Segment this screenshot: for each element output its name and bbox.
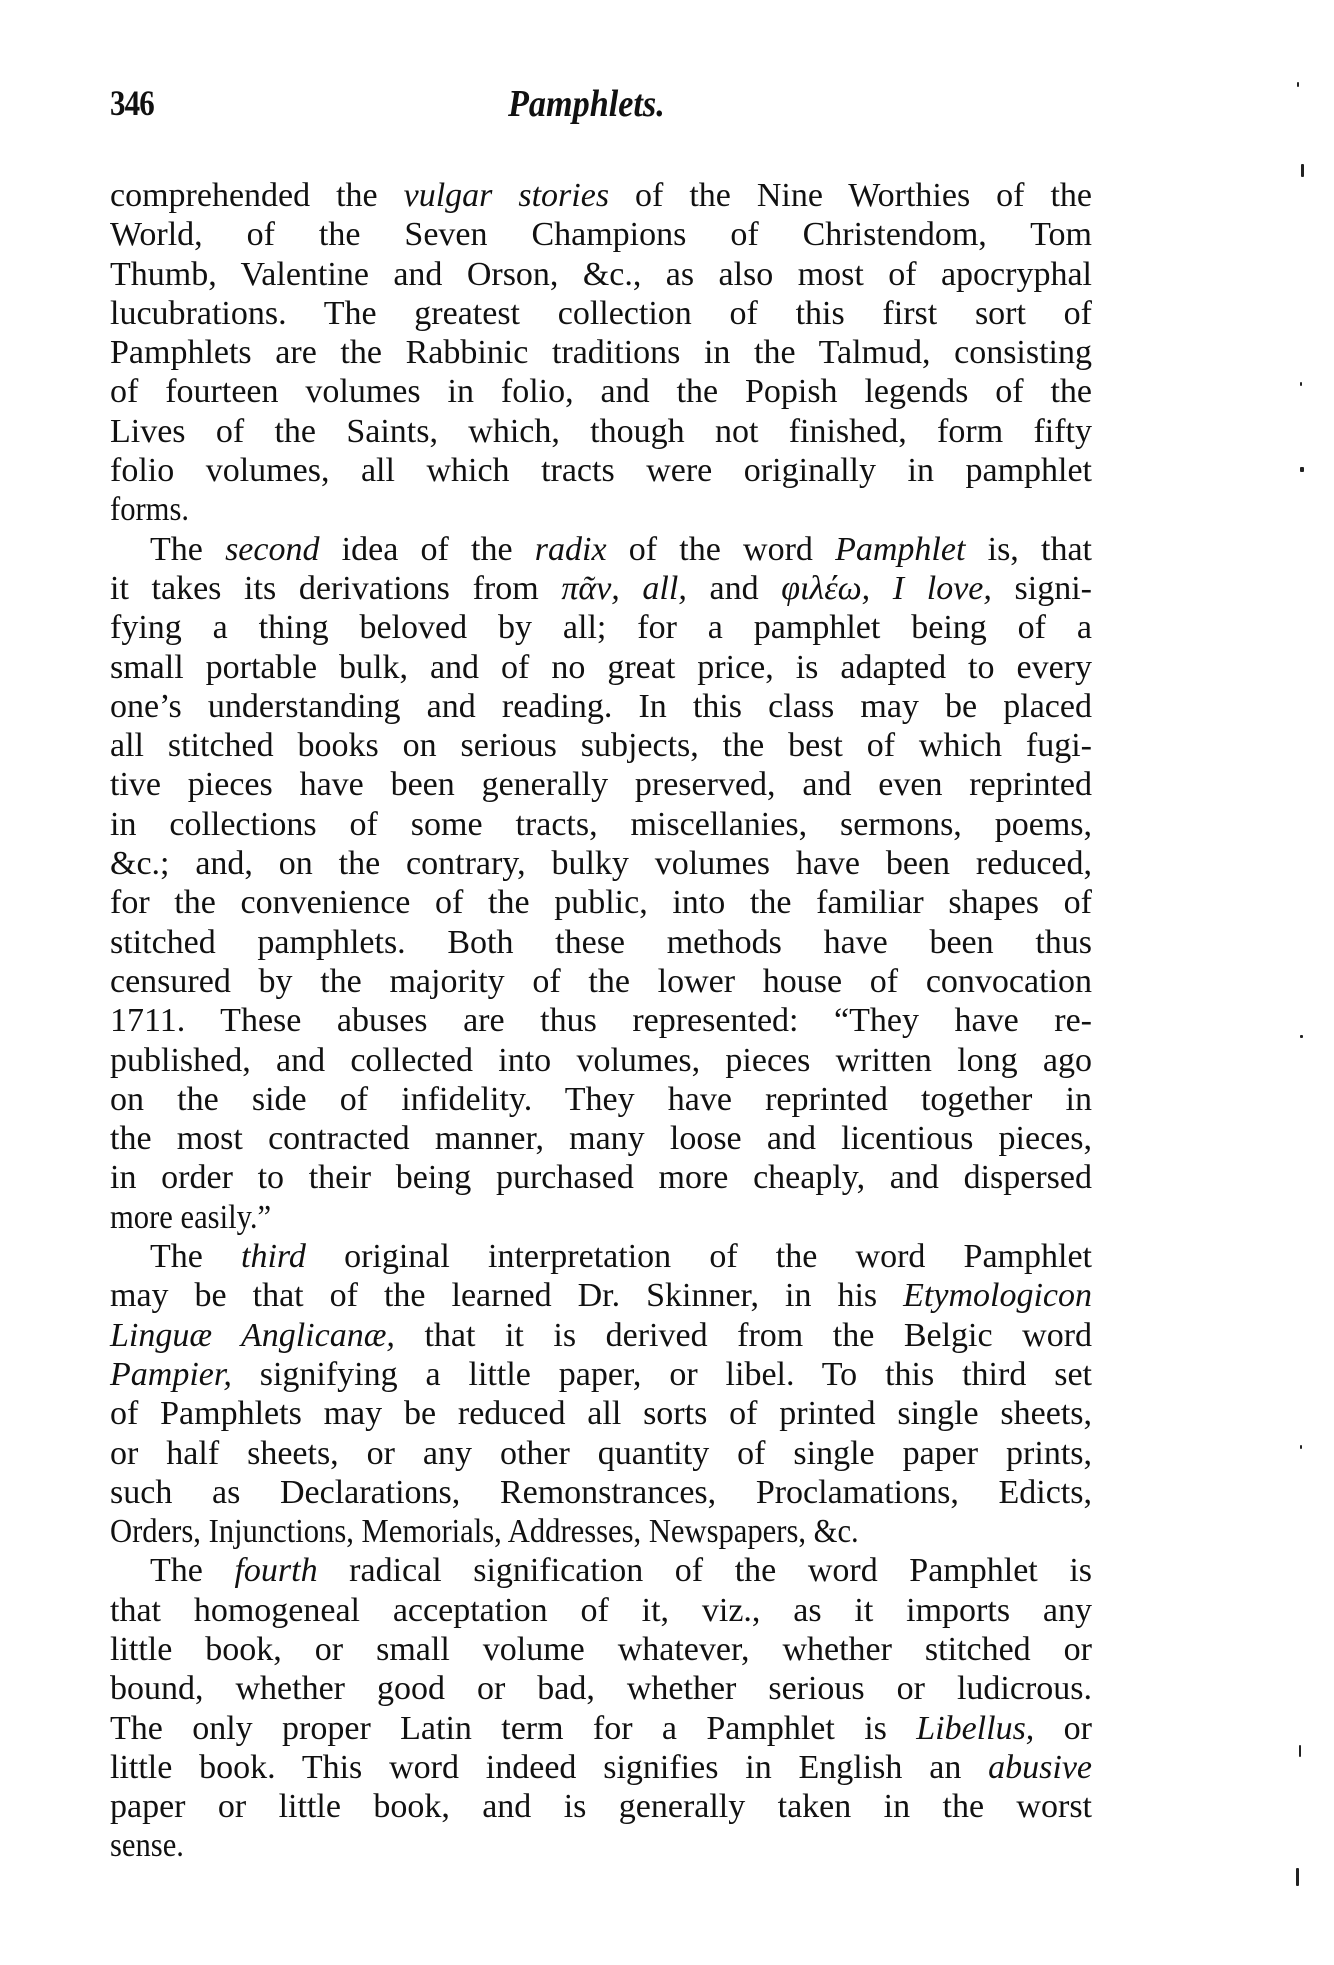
text-line: bound, whether good or bad, whether seri… [110,1669,1092,1708]
italic-phrase: πᾶν, all, [561,570,687,607]
text-run: of the Nine Worthies of the [609,177,1092,214]
text-line: censured by the majority of the lower ho… [110,962,1092,1001]
text-line: little book, or small volume whatever, w… [110,1630,1092,1669]
text-run: in collections of some tracts, miscellan… [110,806,1092,843]
text-run: fying a thing beloved by all; for a pamp… [110,609,1092,646]
text-run: and [687,570,781,607]
italic-phrase: third [241,1238,306,1275]
text-line: Pampier, signifying a little paper, or l… [110,1355,1092,1394]
line-text: paper or little book, and is generally t… [110,1787,1092,1826]
text-run: The only proper Latin term for a Pamphle… [110,1710,916,1747]
speck [1300,467,1304,472]
text-run: may be that of the learned Dr. Skinner, … [110,1277,903,1314]
line-text: fying a thing beloved by all; for a pamp… [110,608,1092,647]
italic-phrase: Etymologicon [903,1277,1092,1314]
text-run: idea of the [319,531,534,568]
italic-phrase: Pamphlet [835,531,965,568]
text-line: Orders, Injunctions, Memorials, Addresse… [110,1512,1092,1551]
line-text: for the convenience of the public, into … [110,883,1092,922]
italic-phrase: second [225,531,319,568]
text-run: paper or little book, and is generally t… [110,1788,1092,1825]
text-run: censured by the majority of the lower ho… [110,963,1092,1000]
text-run: signi- [992,570,1092,607]
line-text: or half sheets, or any other quantity of… [110,1434,1092,1473]
line-text: all stitched books on serious subjects, … [110,726,1092,765]
text-line: lucubrations. The greatest collection of… [110,294,1092,333]
text-run: The [150,531,225,568]
text-line: paper or little book, and is generally t… [110,1787,1092,1826]
running-head: Pamphlets. [508,82,665,126]
text-line: published, and collected into volumes, p… [110,1041,1092,1080]
line-text: bound, whether good or bad, whether seri… [110,1669,1092,1708]
text-line: of Pamphlets may be reduced all sorts of… [110,1394,1092,1433]
text-line: in order to their being purchased more c… [110,1158,1092,1197]
text-run: The [150,1238,241,1275]
text-run: radical signification of the word Pamphl… [318,1552,1092,1589]
line-text: &c.; and, on the contrary, bulky volumes… [110,844,1092,883]
text-run: Thumb, Valentine and Orson, &c., as also… [110,256,1092,293]
text-run: such as Declarations, Remonstrances, Pro… [110,1474,1092,1511]
line-text: The fourth radical signification of the … [110,1551,1092,1590]
line-text: folio volumes, all which tracts were ori… [110,451,1092,490]
text-line: in collections of some tracts, miscellan… [110,805,1092,844]
text-line: &c.; and, on the contrary, bulky volumes… [110,844,1092,883]
text-run: the most contracted manner, many loose a… [110,1120,1092,1157]
text-run: The [150,1552,234,1589]
text-run: for the convenience of the public, into … [110,884,1092,921]
speck [1300,1035,1303,1038]
text-line: Lives of the Saints, which, though not f… [110,412,1092,451]
text-line: that homogeneal acceptation of it, viz.,… [110,1591,1092,1630]
text-line: stitched pamphlets. Both these methods h… [110,923,1092,962]
speck [1301,164,1304,177]
text-run: tive pieces have been generally preserve… [110,766,1092,803]
text-line: Pamphlets are the Rabbinic traditions in… [110,333,1092,372]
text-run: original interpretation of the word Pamp… [306,1238,1092,1275]
text-line: one’s understanding and reading. In this… [110,687,1092,726]
text-line: more easily.” [110,1198,1092,1237]
line-text: in collections of some tracts, miscellan… [110,805,1092,844]
line-text: forms. [110,490,994,529]
text-run: lucubrations. The greatest collection of… [110,295,1092,332]
page-number: 346 [110,82,154,124]
text-run: signifying a little paper, or libel. To … [232,1356,1092,1393]
text-run: Pamphlets are the Rabbinic traditions in… [110,334,1092,371]
line-text: 1711. These abuses are thus represented:… [110,1001,1092,1040]
italic-phrase: Pampier, [110,1356,232,1393]
line-text: lucubrations. The greatest collection of… [110,294,1092,333]
text-run: Orders, Injunctions, Memorials, Addresse… [110,1513,859,1550]
line-text: comprehended the vulgar stories of the N… [110,176,1092,215]
line-text: Thumb, Valentine and Orson, &c., as also… [110,255,1092,294]
text-run: or [1034,1710,1092,1747]
text-line: Linguæ Anglicanæ, that it is derived fro… [110,1316,1092,1355]
text-line: or half sheets, or any other quantity of… [110,1434,1092,1473]
text-line: sense. [110,1826,1092,1865]
text-line: Thumb, Valentine and Orson, &c., as also… [110,255,1092,294]
text-line: forms. [110,490,1092,529]
italic-phrase: radix [535,531,607,568]
text-run: one’s understanding and reading. In this… [110,688,1092,725]
text-run: of Pamphlets may be reduced all sorts of… [110,1395,1092,1432]
line-text: World, of the Seven Champions of Christe… [110,215,1092,254]
line-text: more easily.” [110,1198,994,1237]
text-run: little book. This word indeed signifies … [110,1749,988,1786]
italic-phrase: Libellus, [916,1710,1034,1747]
line-text: of fourteen volumes in folio, and the Po… [110,372,1092,411]
text-line: the most contracted manner, many loose a… [110,1119,1092,1158]
speck [1300,382,1302,386]
text-run: of fourteen volumes in folio, and the Po… [110,373,1092,410]
line-text: that homogeneal acceptation of it, viz.,… [110,1591,1092,1630]
text-run: sense. [110,1827,184,1864]
text-line: The only proper Latin term for a Pamphle… [110,1709,1092,1748]
line-text: tive pieces have been generally preserve… [110,765,1092,804]
italic-phrase: φιλέω, I love, [781,570,992,607]
text-run: more easily.” [110,1199,271,1236]
text-line: on the side of infidelity. They have rep… [110,1080,1092,1119]
text-line: The fourth radical signification of the … [110,1551,1092,1590]
text-run: it takes its derivations from [110,570,561,607]
text-run: that homogeneal acceptation of it, viz.,… [110,1592,1092,1629]
text-line: fying a thing beloved by all; for a pamp… [110,608,1092,647]
text-run: Lives of the Saints, which, though not f… [110,413,1092,450]
speck [1300,1445,1302,1449]
italic-phrase: Linguæ Anglicanæ, [110,1317,395,1354]
line-text: little book, or small volume whatever, w… [110,1630,1092,1669]
text-run: is, that [965,531,1092,568]
text-line: 1711. These abuses are thus represented:… [110,1001,1092,1040]
line-text: Pamphlets are the Rabbinic traditions in… [110,333,1092,372]
italic-phrase: vulgar stories [404,177,609,214]
italic-phrase: fourth [234,1552,317,1589]
text-line: comprehended the vulgar stories of the N… [110,176,1092,215]
text-run: folio volumes, all which tracts were ori… [110,452,1092,489]
line-text: Linguæ Anglicanæ, that it is derived fro… [110,1316,1092,1355]
text-run: small portable bulk, and of no great pri… [110,649,1092,686]
text-line: little book. This word indeed signifies … [110,1748,1092,1787]
text-line: tive pieces have been generally preserve… [110,765,1092,804]
text-line: The third original interpretation of the… [110,1237,1092,1276]
text-line: of fourteen volumes in folio, and the Po… [110,372,1092,411]
text-run: on the side of infidelity. They have rep… [110,1081,1092,1118]
line-text: small portable bulk, and of no great pri… [110,648,1092,687]
italic-phrase: abusive [988,1749,1092,1786]
speck [1296,1868,1299,1886]
line-text: The third original interpretation of the… [110,1237,1092,1276]
line-text: it takes its derivations from πᾶν, all, … [110,569,1092,608]
line-text: The second idea of the radix of the word… [110,530,1092,569]
line-text: may be that of the learned Dr. Skinner, … [110,1276,1092,1315]
text-run: &c.; and, on the contrary, bulky volumes… [110,845,1092,882]
line-text: Pampier, signifying a little paper, or l… [110,1355,1092,1394]
text-line: World, of the Seven Champions of Christe… [110,215,1092,254]
text-line: all stitched books on serious subjects, … [110,726,1092,765]
text-line: such as Declarations, Remonstrances, Pro… [110,1473,1092,1512]
text-run: in order to their being purchased more c… [110,1159,1092,1196]
text-run: published, and collected into volumes, p… [110,1042,1092,1079]
line-text: in order to their being purchased more c… [110,1158,1092,1197]
text-run: little book, or small volume whatever, w… [110,1631,1092,1668]
line-text: little book. This word indeed signifies … [110,1748,1092,1787]
text-run: comprehended the [110,177,404,214]
text-line: it takes its derivations from πᾶν, all, … [110,569,1092,608]
line-text: of Pamphlets may be reduced all sorts of… [110,1394,1092,1433]
line-text: the most contracted manner, many loose a… [110,1119,1092,1158]
line-text: such as Declarations, Remonstrances, Pro… [110,1473,1092,1512]
line-text: sense. [110,1826,994,1865]
text-run: or half sheets, or any other quantity of… [110,1435,1092,1472]
text-line: folio volumes, all which tracts were ori… [110,451,1092,490]
line-text: Orders, Injunctions, Memorials, Addresse… [110,1512,994,1551]
text-line: for the convenience of the public, into … [110,883,1092,922]
page-header: 346 Pamphlets. [110,82,1092,126]
body-text: comprehended the vulgar stories of the N… [110,176,1092,1866]
line-text: one’s understanding and reading. In this… [110,687,1092,726]
speck [1297,82,1299,87]
text-line: may be that of the learned Dr. Skinner, … [110,1276,1092,1315]
text-run: stitched pamphlets. Both these methods h… [110,924,1092,961]
line-text: censured by the majority of the lower ho… [110,962,1092,1001]
line-text: Lives of the Saints, which, though not f… [110,412,1092,451]
text-line: small portable bulk, and of no great pri… [110,648,1092,687]
text-run: forms. [110,491,189,528]
speck [1299,1745,1301,1757]
text-run: bound, whether good or bad, whether seri… [110,1670,1092,1707]
text-run: World, of the Seven Champions of Christe… [110,216,1092,253]
text-run: all stitched books on serious subjects, … [110,727,1092,764]
text-line: The second idea of the radix of the word… [110,530,1092,569]
line-text: published, and collected into volumes, p… [110,1041,1092,1080]
line-text: The only proper Latin term for a Pamphle… [110,1709,1092,1748]
book-page: 346 Pamphlets. comprehended the vulgar s… [0,0,1334,1965]
text-run: of the word [607,531,836,568]
text-run: 1711. These abuses are thus represented:… [110,1002,1092,1039]
line-text: on the side of infidelity. They have rep… [110,1080,1092,1119]
line-text: stitched pamphlets. Both these methods h… [110,923,1092,962]
text-run: that it is derived from the Belgic word [395,1317,1092,1354]
